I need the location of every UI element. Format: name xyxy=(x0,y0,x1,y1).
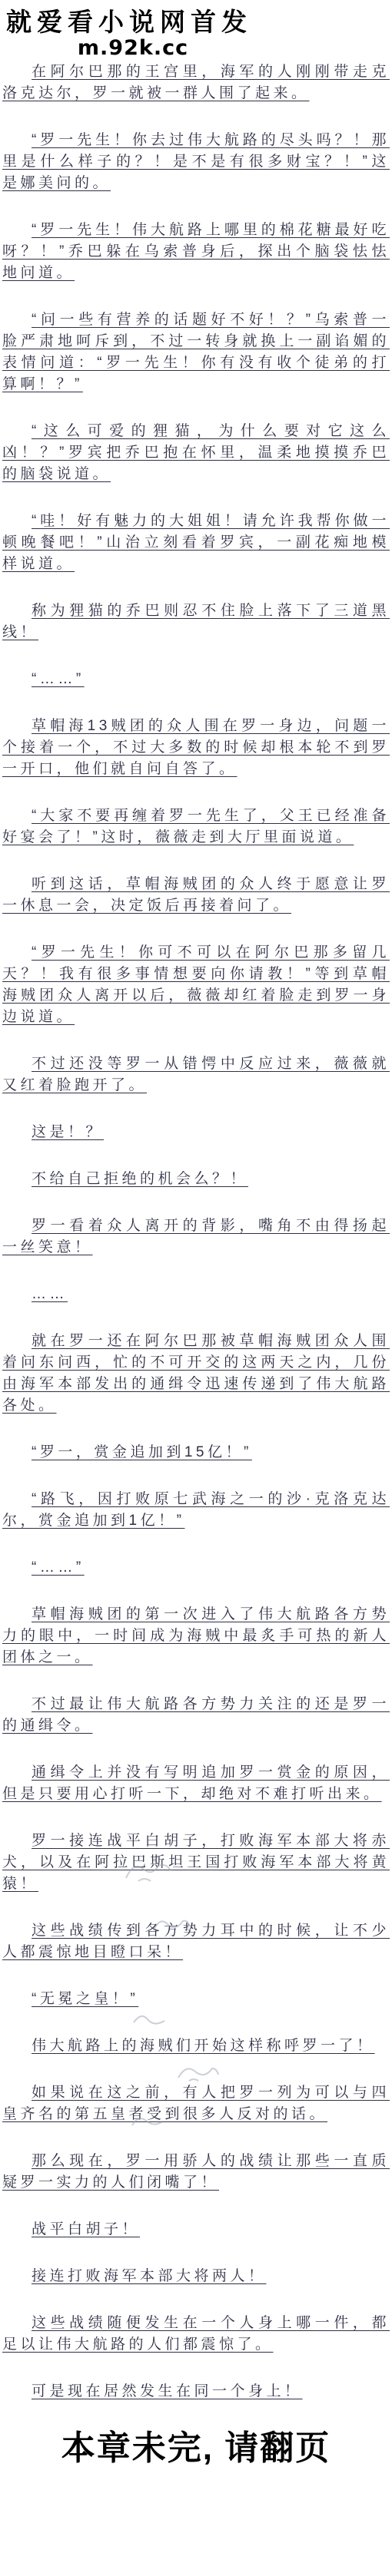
novel-paragraph: 这些战绩随便发生在一个人身上哪一件，都足以让伟大航路的人们都震惊了。 xyxy=(2,2313,390,2356)
novel-paragraph: “大家不要再缠着罗一先生了，父王已经准备好宴会了！”这时，薇薇走到大厅里面说道。 xyxy=(2,805,390,848)
site-name: 就爱看小说网首发 xyxy=(6,8,392,38)
chapter-continue-notice: 本章未完, 请翻页 xyxy=(61,2428,331,2469)
site-url: m.92k.cc xyxy=(6,38,260,58)
novel-paragraph: 如果说在这之前，有人把罗一列为可以与四皇齐名的第五皇者受到很多人反对的话。 xyxy=(2,2082,390,2125)
novel-paragraph: “路飞，因打败原七武海之一的沙·克洛克达尔，赏金追加到1亿！” xyxy=(2,1489,390,1532)
novel-paragraph: 接连打败海军本部大将两人！ xyxy=(2,2266,390,2287)
novel-paragraph: “无冕之皇！” xyxy=(2,1989,390,2010)
novel-paragraph: “……” xyxy=(2,1557,390,1579)
novel-paragraph: “这么可爱的狸猫，为什么要对它这么凶！？”罗宾把乔巴抱在怀里，温柔地摸摸乔巴的脑… xyxy=(2,421,390,485)
novel-paragraph: 这是！？ xyxy=(2,1122,390,1143)
novel-paragraph: 不过还没等罗一从错愕中反应过来，薇薇就又红着脸跑开了。 xyxy=(2,1053,390,1096)
novel-paragraph: …… xyxy=(2,1284,390,1305)
novel-paragraph: “问一些有营养的话题好不好！？”乌索普一脸严肃地呵斥到，不过一转身就换上一副谄媚… xyxy=(2,309,390,395)
novel-paragraph: “罗一先生！你可不可以在阿尔巴那多留几天？！我有很多事情想要向你请教！”等到草帽… xyxy=(2,942,390,1028)
novel-paragraph: “罗一先生！你去过伟大航路的尽头吗？！那里是什么样子的？！是不是有很多财宝？！”… xyxy=(2,130,390,194)
novel-paragraph: “罗一先生！伟大航路上哪里的棉花糖最好吃呀？！”乔巴躲在乌索普身后，探出个脑袋怯… xyxy=(2,220,390,284)
page-footer: 本章未完, 请翻页 xyxy=(0,2428,392,2469)
novel-paragraph: 在阿尔巴那的王宫里，海军的人刚刚带走克洛克达尔，罗一就被一群人围了起来。 xyxy=(2,61,390,104)
novel-paragraph: 就在罗一还在阿尔巴那被草帽海贼团众人围着问东问西，忙的不可开交的这两天之内，几份… xyxy=(2,1331,390,1417)
novel-paragraph: 通缉令上并没有写明追加罗一赏金的原因，但是只要用心打听一下，却绝对不难打听出来。 xyxy=(2,1762,390,1805)
novel-paragraph: 不给自己拒绝的机会么？！ xyxy=(2,1169,390,1190)
novel-paragraph: 听到这话，草帽海贼团的众人终于愿意让罗一休息一会，决定饭后再接着问了。 xyxy=(2,874,390,917)
novel-paragraph: 称为狸猫的乔巴则忍不住脸上落下了三道黑线！ xyxy=(2,600,390,643)
novel-paragraph: “哇！好有魅力的大姐姐！请允许我帮你做一顿晚餐吧！”山治立刻看着罗宾，一副花痴地… xyxy=(2,511,390,575)
novel-paragraph: 伟大航路上的海贼们开始这样称呼罗一了！ xyxy=(2,2035,390,2057)
novel-paragraph: 这些战绩传到各方势力耳中的时候，让不少人都震惊地目瞪口呆！ xyxy=(2,1920,390,1963)
novel-paragraph: 罗一接连战平白胡子，打败海军本部大将赤犬，以及在阿拉巴斯坦王国打败海军本部大将黄… xyxy=(2,1830,390,1895)
novel-paragraph: 不过最让伟大航路各方势力关注的还是罗一的通缉令。 xyxy=(2,1694,390,1737)
novel-paragraph: “……” xyxy=(2,669,390,690)
novel-paragraph: 那么现在，罗一用骄人的战绩让那些一直质疑罗一实力的人们闭嘴了！ xyxy=(2,2151,390,2194)
novel-paragraph: 草帽海贼团的第一次进入了伟大航路各方势力的眼中，一时间成为海贼中最炙手可热的新人… xyxy=(2,1604,390,1668)
novel-paragraph: 可是现在居然发生在同一个身上！ xyxy=(2,2381,390,2402)
novel-paragraph: 战平白胡子！ xyxy=(2,2219,390,2240)
novel-paragraph: 草帽海13贼团的众人围在罗一身边，问题一个接着一个，不过大多数的时候却根本轮不到… xyxy=(2,716,390,780)
novel-paragraph: 罗一看着众人离开的背影，嘴角不由得扬起一丝笑意！ xyxy=(2,1215,390,1258)
page-header: 就爱看小说网首发 m.92k.cc xyxy=(0,0,392,60)
novel-reader-page: 就爱看小说网首发 m.92k.cc 在阿尔巴那的王宫里，海军的人刚刚带走克洛克达… xyxy=(0,0,392,2469)
novel-paragraph: “罗一，赏金追加到15亿！” xyxy=(2,1442,390,1463)
chapter-text: 在阿尔巴那的王宫里，海军的人刚刚带走克洛克达尔，罗一就被一群人围了起来。“罗一先… xyxy=(0,60,392,2402)
